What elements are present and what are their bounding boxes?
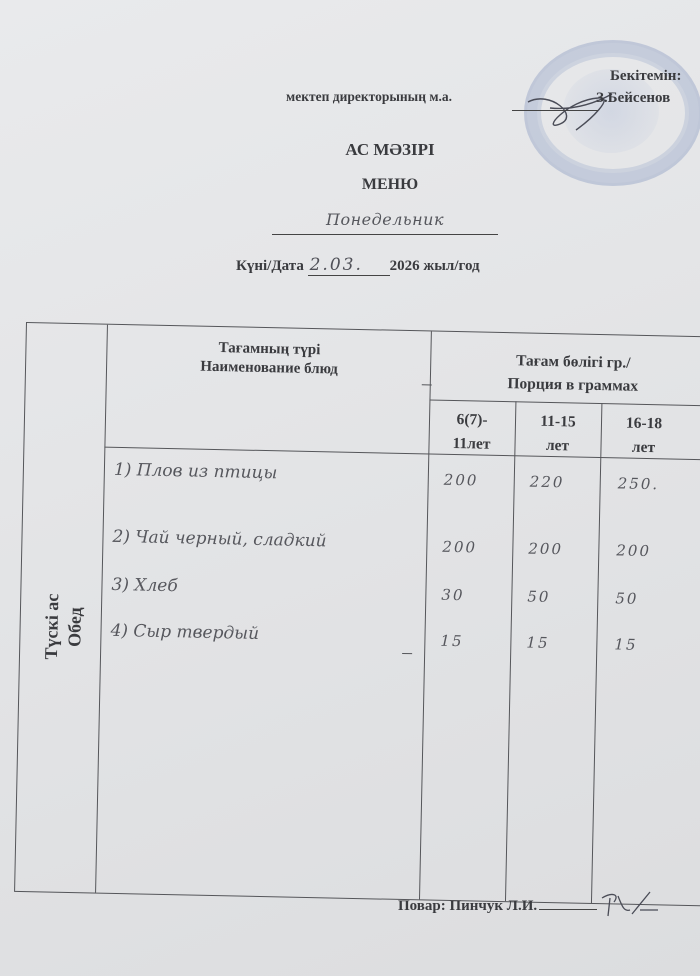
dish-item: 4) Сыр твердый bbox=[110, 621, 259, 644]
weekday-handwritten: Понедельник bbox=[272, 210, 498, 235]
meal-type-lunch: Түскі ас Обед bbox=[24, 653, 100, 655]
dish-item: 2) Чай черный, сладкий bbox=[112, 527, 326, 551]
date-handwritten: 2.03. bbox=[308, 255, 390, 276]
portion-value: 200 bbox=[442, 538, 477, 557]
menu-table: Тағамның түрі Наименование блюд Тағам бө… bbox=[14, 322, 700, 906]
cook-signature-row: Повар: Пинчук Л.И. bbox=[398, 898, 597, 915]
portion-column-header: Тағам бөлігі гр./ Порция в граммах bbox=[430, 347, 700, 399]
portion-value: 200 bbox=[616, 541, 651, 560]
date-row: Күні/Дата 2.03.2026 жыл/год bbox=[236, 255, 480, 276]
title-kz: АС МӘЗІРІ bbox=[0, 140, 700, 160]
age-group-16-18: 16-18 лет bbox=[600, 411, 687, 461]
portion-value: 30 bbox=[441, 586, 464, 604]
dish-item: 1) Плов из птицы bbox=[114, 460, 278, 483]
signature-line bbox=[512, 110, 598, 111]
approve-label: Бекітемін: bbox=[610, 68, 681, 85]
portion-value: 15 bbox=[614, 635, 637, 653]
portion-value: 200 bbox=[528, 540, 563, 559]
portion-value: 250. bbox=[618, 474, 660, 493]
portion-value: 200 bbox=[444, 471, 479, 490]
cook-signature-line bbox=[539, 909, 597, 910]
portion-value: 220 bbox=[530, 473, 565, 492]
age-group-6-11: 6(7)- 11лет bbox=[428, 407, 515, 457]
title-ru: МЕНЮ bbox=[0, 176, 700, 194]
age-group-11-15: 11-15 лет bbox=[514, 409, 601, 459]
dish-column-header: Тағамның түрі Наименование блюд bbox=[108, 337, 431, 382]
portion-value: 15 bbox=[526, 634, 549, 652]
director-label: мектеп директорының м.а. bbox=[286, 89, 452, 105]
menu-rows: 1) Плов из птицы200220250.2) Чай черный,… bbox=[27, 323, 700, 337]
portion-value: 50 bbox=[527, 588, 550, 606]
cook-label: Повар: Пинчук Л.И. bbox=[398, 898, 537, 914]
portion-value: 50 bbox=[615, 589, 638, 607]
year-label: 2026 жыл/год bbox=[390, 258, 480, 274]
date-label: Күні/Дата bbox=[236, 258, 304, 274]
portion-value: 15 bbox=[440, 632, 463, 650]
approver-name: З.Бейсенов bbox=[596, 90, 670, 107]
dish-item: 3) Хлеб bbox=[111, 575, 178, 596]
cook-signature bbox=[600, 888, 660, 922]
